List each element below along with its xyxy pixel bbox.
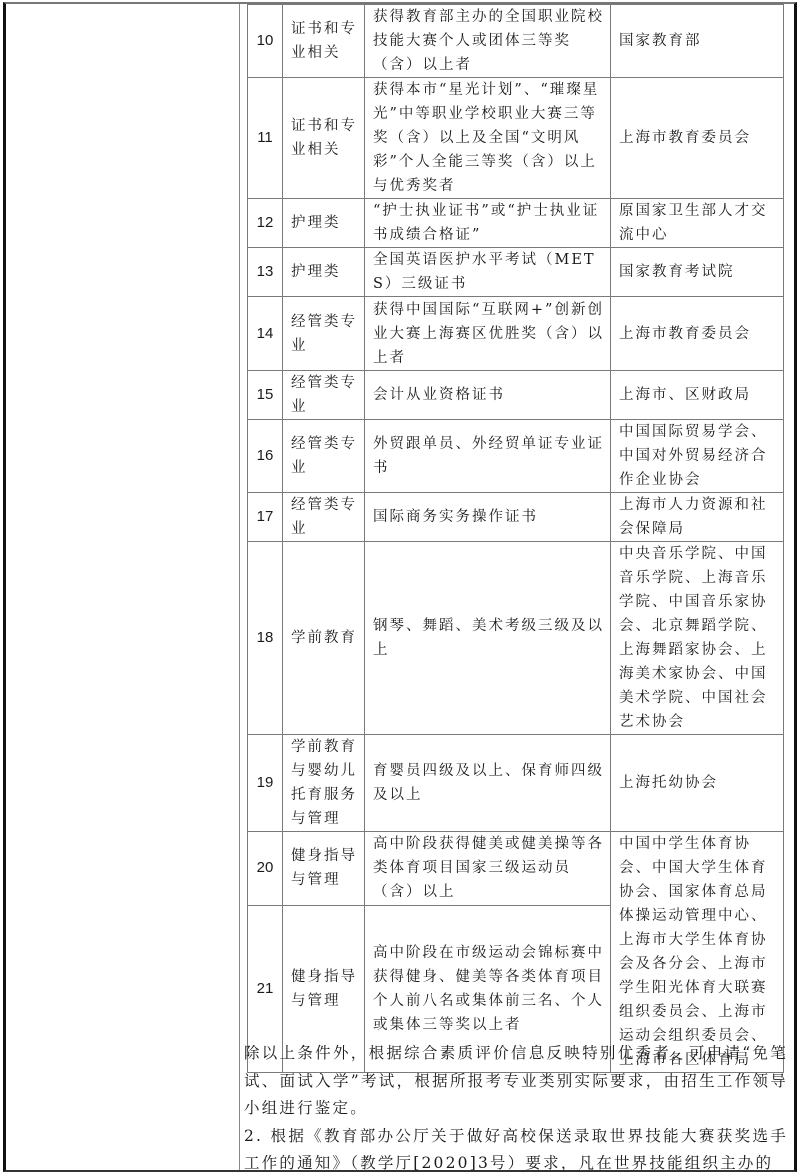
category-cell: 证书和专业相关	[283, 5, 365, 78]
row-number: 11	[248, 78, 283, 199]
notes-section: 除以上条件外，根据综合素质评价信息反映特别优秀者，可申请“免笔试、面试入学”考试…	[244, 1040, 788, 1176]
row-number: 17	[248, 493, 283, 542]
table-row: 10 证书和专业相关 获得教育部主办的全国职业院校技能大赛个人或团体三等奖（含）…	[248, 5, 784, 78]
category-cell: 学前教育	[283, 542, 365, 735]
row-number: 18	[248, 542, 283, 735]
table-row: 12 护理类 “护士执业证书”或“护士执业证书成绩合格证” 原国家卫生部人才交流…	[248, 199, 784, 248]
requirement-cell: 会计从业资格证书	[365, 371, 611, 420]
table-row: 14 经管类专业 获得中国国际“互联网+”创新创业大赛上海赛区优胜奖（含）以上者…	[248, 297, 784, 371]
authority-cell: 上海市人力资源和社会保障局	[611, 493, 784, 542]
requirement-cell: 国际商务实务操作证书	[365, 493, 611, 542]
authority-cell: 中央音乐学院、中国音乐学院、上海音乐学院、中国音乐家协会、北京舞蹈学院、上海舞蹈…	[611, 542, 784, 735]
table-row: 15 经管类专业 会计从业资格证书 上海市、区财政局	[248, 371, 784, 420]
row-number: 12	[248, 199, 283, 248]
category-cell: 经管类专业	[283, 371, 365, 420]
row-number: 15	[248, 371, 283, 420]
table-row: 20 健身指导与管理 高中阶段获得健美或健美操等各类体育项目国家三级运动员（含）…	[248, 832, 784, 906]
authority-cell: 上海市教育委员会	[611, 297, 784, 371]
category-cell: 护理类	[283, 199, 365, 248]
requirement-cell: 获得中国国际“互联网+”创新创业大赛上海赛区优胜奖（含）以上者	[365, 297, 611, 371]
note-paragraph-2: 2. 根据《教育部办公厅关于做好高校保送录取世界技能大赛获奖选手工作的通知》（教…	[244, 1123, 788, 1176]
authority-cell: 中国国际贸易学会、中国对外贸易经济合作企业协会	[611, 420, 784, 493]
requirement-cell: 高中阶段获得健美或健美操等各类体育项目国家三级运动员（含）以上	[365, 832, 611, 906]
authority-cell: 上海托幼协会	[611, 735, 784, 832]
requirement-cell: 外贸跟单员、外经贸单证专业证书	[365, 420, 611, 493]
category-cell: 经管类专业	[283, 420, 365, 493]
requirement-cell: 获得本市“星光计划”、“璀璨星光”中等职业学校职业大赛三等奖（含）以上及全国“文…	[365, 78, 611, 199]
row-number: 13	[248, 248, 283, 297]
note-paragraph-1: 除以上条件外，根据综合素质评价信息反映特别优秀者，可申请“免笔试、面试入学”考试…	[244, 1040, 788, 1123]
authority-cell: 上海市教育委员会	[611, 78, 784, 199]
table-row: 16 经管类专业 外贸跟单员、外经贸单证专业证书 中国国际贸易学会、中国对外贸易…	[248, 420, 784, 493]
category-cell: 经管类专业	[283, 493, 365, 542]
table-row: 11 证书和专业相关 获得本市“星光计划”、“璀璨星光”中等职业学校职业大赛三等…	[248, 78, 784, 199]
table-row: 18 学前教育 钢琴、舞蹈、美术考级三级及以上 中央音乐学院、中国音乐学院、上海…	[248, 542, 784, 735]
requirement-cell: “护士执业证书”或“护士执业证书成绩合格证”	[365, 199, 611, 248]
row-number: 10	[248, 5, 283, 78]
right-content-cell: 10 证书和专业相关 获得教育部主办的全国职业院校技能大赛个人或团体三等奖（含）…	[240, 4, 794, 1170]
table-row: 19 学前教育与婴幼儿托育服务与管理 育婴员四级及以上、保育师四级及以上 上海托…	[248, 735, 784, 832]
table-row: 17 经管类专业 国际商务实务操作证书 上海市人力资源和社会保障局	[248, 493, 784, 542]
requirement-cell: 育婴员四级及以上、保育师四级及以上	[365, 735, 611, 832]
row-number: 20	[248, 832, 283, 906]
authority-cell-merged: 中国中学生体育协会、中国大学生体育协会、国家体育总局体操运动管理中心、上海市大学…	[611, 832, 784, 1073]
requirement-cell: 获得教育部主办的全国职业院校技能大赛个人或团体三等奖（含）以上者	[365, 5, 611, 78]
row-number: 14	[248, 297, 283, 371]
certificate-table: 10 证书和专业相关 获得教育部主办的全国职业院校技能大赛个人或团体三等奖（含）…	[247, 4, 784, 1073]
category-cell: 健身指导与管理	[283, 832, 365, 906]
authority-cell: 国家教育考试院	[611, 248, 784, 297]
outer-table: 10 证书和专业相关 获得教育部主办的全国职业院校技能大赛个人或团体三等奖（含）…	[3, 2, 797, 1172]
left-empty-cell	[6, 4, 240, 1170]
table-row: 13 护理类 全国英语医护水平考试（METS）三级证书 国家教育考试院	[248, 248, 784, 297]
category-cell: 护理类	[283, 248, 365, 297]
row-number: 16	[248, 420, 283, 493]
authority-cell: 国家教育部	[611, 5, 784, 78]
category-cell: 经管类专业	[283, 297, 365, 371]
authority-cell: 原国家卫生部人才交流中心	[611, 199, 784, 248]
category-cell: 学前教育与婴幼儿托育服务与管理	[283, 735, 365, 832]
category-cell: 证书和专业相关	[283, 78, 365, 199]
authority-cell: 上海市、区财政局	[611, 371, 784, 420]
requirement-cell: 全国英语医护水平考试（METS）三级证书	[365, 248, 611, 297]
requirement-cell: 钢琴、舞蹈、美术考级三级及以上	[365, 542, 611, 735]
row-number: 19	[248, 735, 283, 832]
